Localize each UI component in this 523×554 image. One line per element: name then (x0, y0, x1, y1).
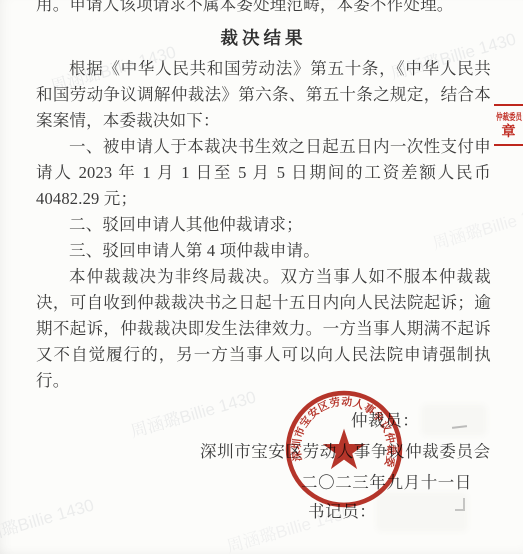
carryover-line: 用。申请人该项请求不属本委处理范畴，本委不作处理。 (36, 0, 491, 18)
ruling-item-2: 二、驳回申请人其他仲裁请求； (36, 212, 491, 238)
ruling-heading: 裁决结果 (36, 25, 491, 51)
ruling-item-3: 三、驳回申请人第 4 项仲裁申请。 (36, 238, 491, 264)
edge-seal-text: 仲裁委员 (496, 111, 522, 123)
ruling-intro: 根据《中华人民共和国劳动法》第五十条，《中华人民共和国劳动争议调解仲裁法》第六条… (36, 56, 491, 134)
seal-star (323, 429, 365, 469)
edge-seal-char: 章 (502, 123, 516, 139)
edge-seal-fragment: 仲裁委员 章 (494, 104, 523, 146)
document-body: 用。申请人该项请求不属本委处理范畴，本委不作处理。 裁决结果 根据《中华人民共和… (36, 0, 491, 394)
clerk-signature-stroke (455, 498, 465, 511)
arbitration-ruling-page: 周涵璐Billie 1430 周涵璐Billie 1430 周涵璐Billie … (0, 0, 523, 554)
watermark-text: 周涵璐Billie 1430 (0, 491, 96, 551)
appeal-notice: 本仲裁裁决为非终局裁决。双方当事人如不服本仲裁裁决，可自收到仲裁裁决书之日起十五… (36, 264, 491, 394)
ruling-item-1: 一、被申请人于本裁决书生效之日起五日内一次性支付申请人 2023 年 1 月 1… (36, 134, 491, 212)
official-seal: 深圳市宝安区劳动人事争议仲裁委员会 (283, 388, 405, 510)
